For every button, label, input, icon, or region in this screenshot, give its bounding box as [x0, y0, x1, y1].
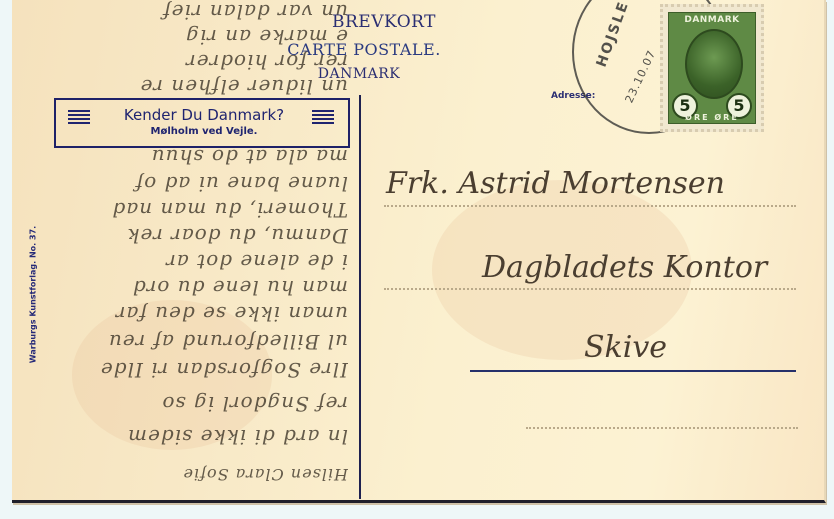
stamp-denomination: ØRE ØRE: [669, 113, 755, 122]
address-line-3: Skive: [584, 330, 667, 365]
address-line-2: Dagbladets Kontor: [482, 250, 767, 285]
message-line: Thomeri, du man nad: [18, 198, 348, 222]
stamp-body: DANMARK 5 5 ØRE ØRE: [668, 12, 756, 124]
message-line: un var dalan rief: [18, 0, 348, 24]
stamp-country: DANMARK: [669, 15, 755, 25]
decorative-bars-icon: [68, 110, 90, 126]
caption-subtitle: Mølholm ved Vejle.: [104, 126, 304, 137]
postage-stamp: DANMARK 5 5 ØRE ØRE: [660, 4, 764, 132]
king-portrait-icon: [685, 29, 743, 99]
caption-box: Kender Du Danmark? Mølholm ved Vejle.: [54, 98, 350, 148]
address-rule: [526, 427, 798, 429]
publisher-imprint: Warburgs Kunstforlag. No. 37.: [29, 220, 38, 370]
caption-title: Kender Du Danmark?: [104, 106, 304, 124]
card-title: BREVKORT: [304, 12, 464, 32]
message-line: ln ard di ikke sidem: [18, 425, 348, 449]
card-country: DANMARK: [304, 66, 414, 82]
message-line: ma ala at do shuu: [18, 145, 348, 169]
message-line: uman ikke se deu far: [18, 302, 348, 326]
message-line: Danmu, du doar rek: [18, 224, 348, 248]
message-line: luane bane ui ad of: [18, 172, 348, 196]
postcard: un var dalan rief e marke an rig rer for…: [12, 0, 826, 503]
signature-line: Hilsen Clara Sofie: [18, 465, 348, 484]
address-rule: [384, 205, 796, 207]
address-rule: [384, 288, 796, 290]
message-line: ref Sngdorl ig so: [18, 392, 348, 416]
message-address-divider: [359, 95, 361, 499]
message-line: i de alene dot ar: [18, 250, 348, 274]
decorative-bars-icon: [312, 110, 334, 126]
address-line-1: Frk. Astrid Mortensen: [386, 166, 725, 201]
card-subtitle: CARTE POSTALE.: [264, 40, 464, 59]
message-line: Ilre Sogforsdan ri Ilde: [18, 358, 348, 382]
message-line: ul Billedforund af reu: [18, 330, 348, 354]
message-line: un liduer elfhen re: [18, 75, 348, 99]
message-line: man hu lene du ord: [18, 276, 348, 300]
address-rule-solid: [470, 370, 796, 372]
